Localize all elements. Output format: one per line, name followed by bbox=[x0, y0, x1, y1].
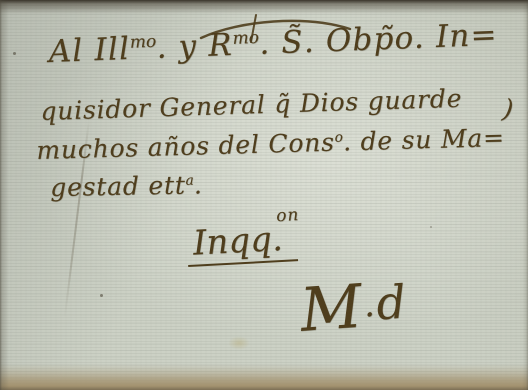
manuscript-scan: Al Illmo. y Rmo. S̃. Obp̃o. In= quisidor… bbox=[0, 0, 528, 390]
destination-flourish: d bbox=[374, 275, 407, 331]
paper-speck bbox=[13, 52, 16, 55]
paper-speck bbox=[430, 226, 432, 228]
docket-inquisicion: Inqq. on bbox=[186, 218, 298, 267]
docket-superscript: on bbox=[276, 205, 300, 226]
paper-bottom-edge bbox=[0, 364, 528, 390]
address-text: gestad ett bbox=[50, 171, 186, 202]
superscript-abbreviation: a bbox=[185, 173, 193, 189]
paper-speck bbox=[100, 294, 103, 297]
address-text: . bbox=[194, 170, 203, 199]
superscript-abbreviation: mo bbox=[232, 28, 259, 49]
address-text: . y R bbox=[156, 27, 234, 66]
address-text: . de su Ma= bbox=[343, 123, 506, 157]
destination-mark: M.d bbox=[298, 269, 408, 346]
address-text: Al Ill bbox=[48, 31, 131, 70]
address-line-4: gestad etta. bbox=[50, 170, 203, 202]
paper-left-edge bbox=[0, 0, 9, 390]
destination-initial: M bbox=[298, 272, 362, 346]
paper-right-edge bbox=[522, 0, 528, 390]
superscript-abbreviation: mo bbox=[129, 32, 156, 53]
paper-stain bbox=[228, 336, 250, 350]
